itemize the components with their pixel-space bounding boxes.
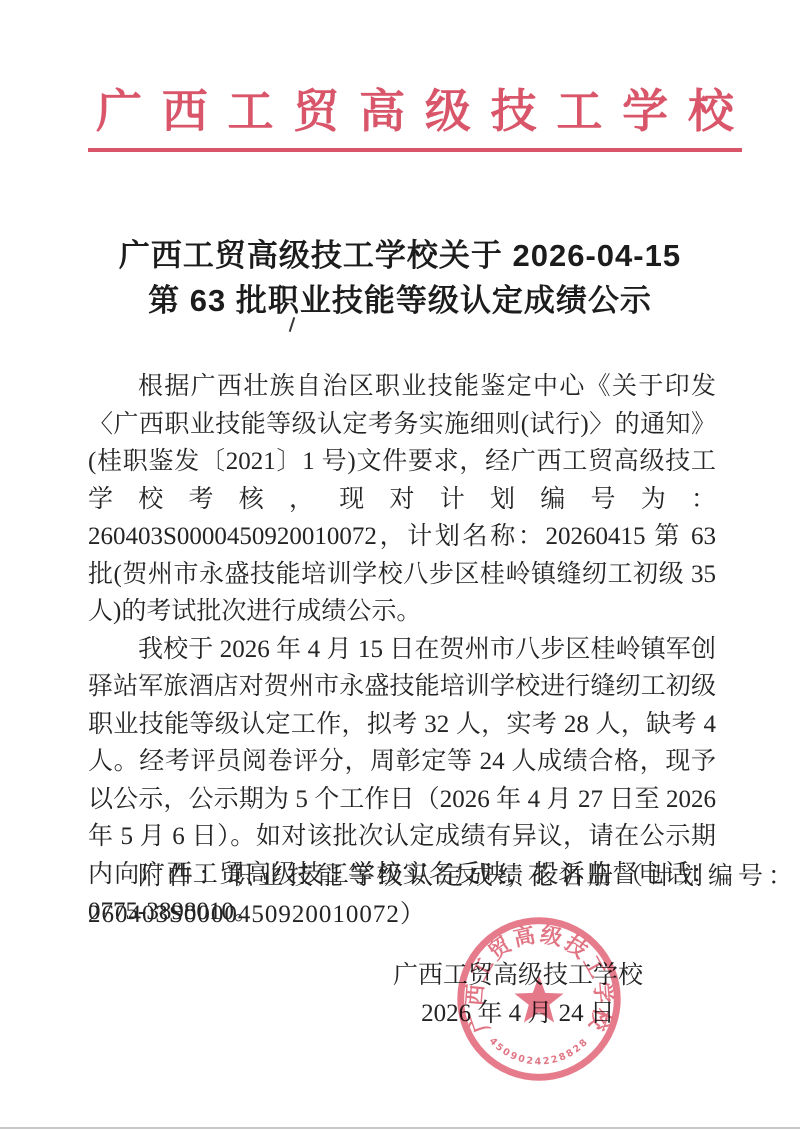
document-title-line1: 广西工贸高级技工学校关于 2026-04-15 — [0, 233, 800, 278]
signature-date: 2026 年 4 月 24 日 — [392, 995, 644, 1033]
letterhead-char: 贸 — [293, 84, 339, 140]
letterhead-char: 广 — [96, 84, 142, 140]
letterhead-text: 广西工贸高级技工学校 — [88, 84, 742, 140]
letterhead: 广西工贸高级技工学校 — [88, 84, 742, 152]
seal-serial-number: 4509024228828 — [487, 1036, 591, 1068]
letterhead-char: 高 — [359, 84, 405, 140]
letterhead-char: 工 — [228, 84, 274, 140]
attachment-line2: 260403S0000450920010072） — [88, 896, 768, 934]
svg-text:4509024228828: 4509024228828 — [487, 1036, 591, 1068]
signature-org: 广西工贸高级技工学校 — [392, 957, 644, 995]
document-page: 广西工贸高级技工学校 广西工贸高级技工学校关于 2026-04-15 第 63 … — [0, 0, 800, 1132]
signature-block: 广西工贸高级技工学校 2026 年 4 月 24 日 — [392, 957, 644, 1033]
document-title: 广西工贸高级技工学校关于 2026-04-15 第 63 批职业技能等级认定成绩… — [0, 233, 800, 323]
document-title-line2: 第 63 批职业技能等级认定成绩公示 — [0, 278, 800, 323]
letterhead-char: 校 — [688, 84, 734, 140]
scan-edge-line — [0, 1127, 800, 1129]
letterhead-char: 西 — [162, 84, 208, 140]
attachment-line1: 附件：职业技能等级认定成绩花名册（计划编号： — [88, 858, 768, 896]
letterhead-char: 技 — [491, 84, 537, 140]
letterhead-char: 学 — [622, 84, 668, 140]
paragraph-basis: 根据广西壮族自治区职业技能鉴定中心《关于印发〈广西职业技能等级认定考务实施细则(… — [88, 368, 716, 631]
attachment-note: 附件：职业技能等级认定成绩花名册（计划编号： 260403S0000450920… — [88, 858, 768, 934]
letterhead-char: 级 — [425, 84, 471, 140]
letterhead-char: 工 — [556, 84, 602, 140]
document-body: 根据广西壮族自治区职业技能鉴定中心《关于印发〈广西职业技能等级认定考务实施细则(… — [88, 368, 716, 931]
